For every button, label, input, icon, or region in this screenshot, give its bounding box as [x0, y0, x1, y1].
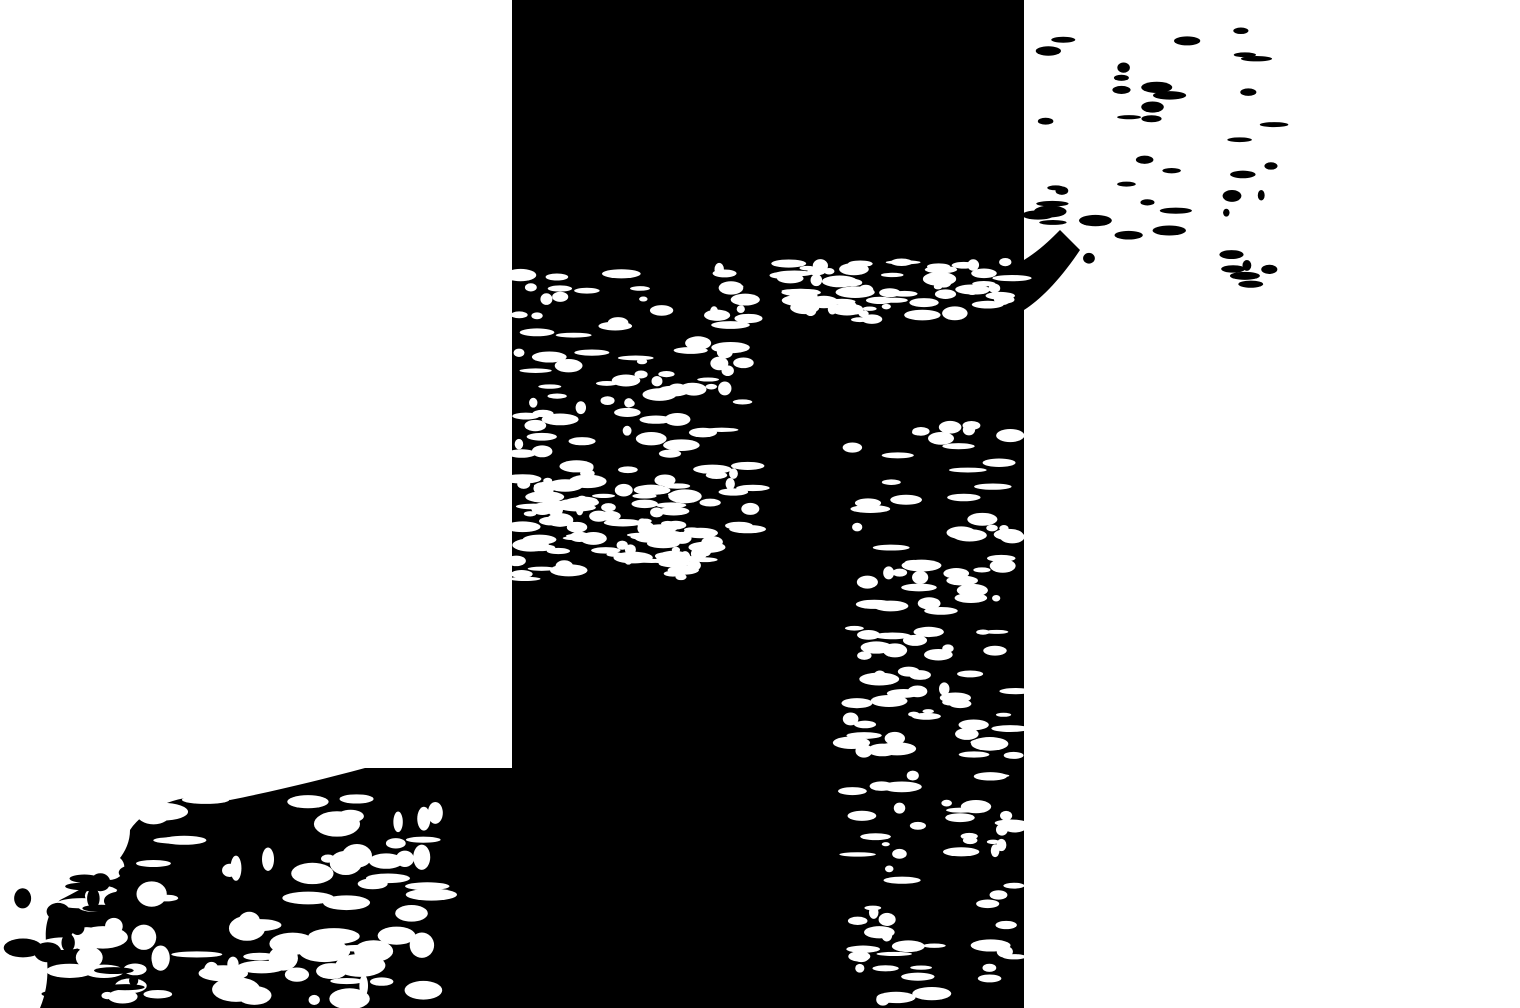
binarized-image [0, 0, 1520, 1008]
